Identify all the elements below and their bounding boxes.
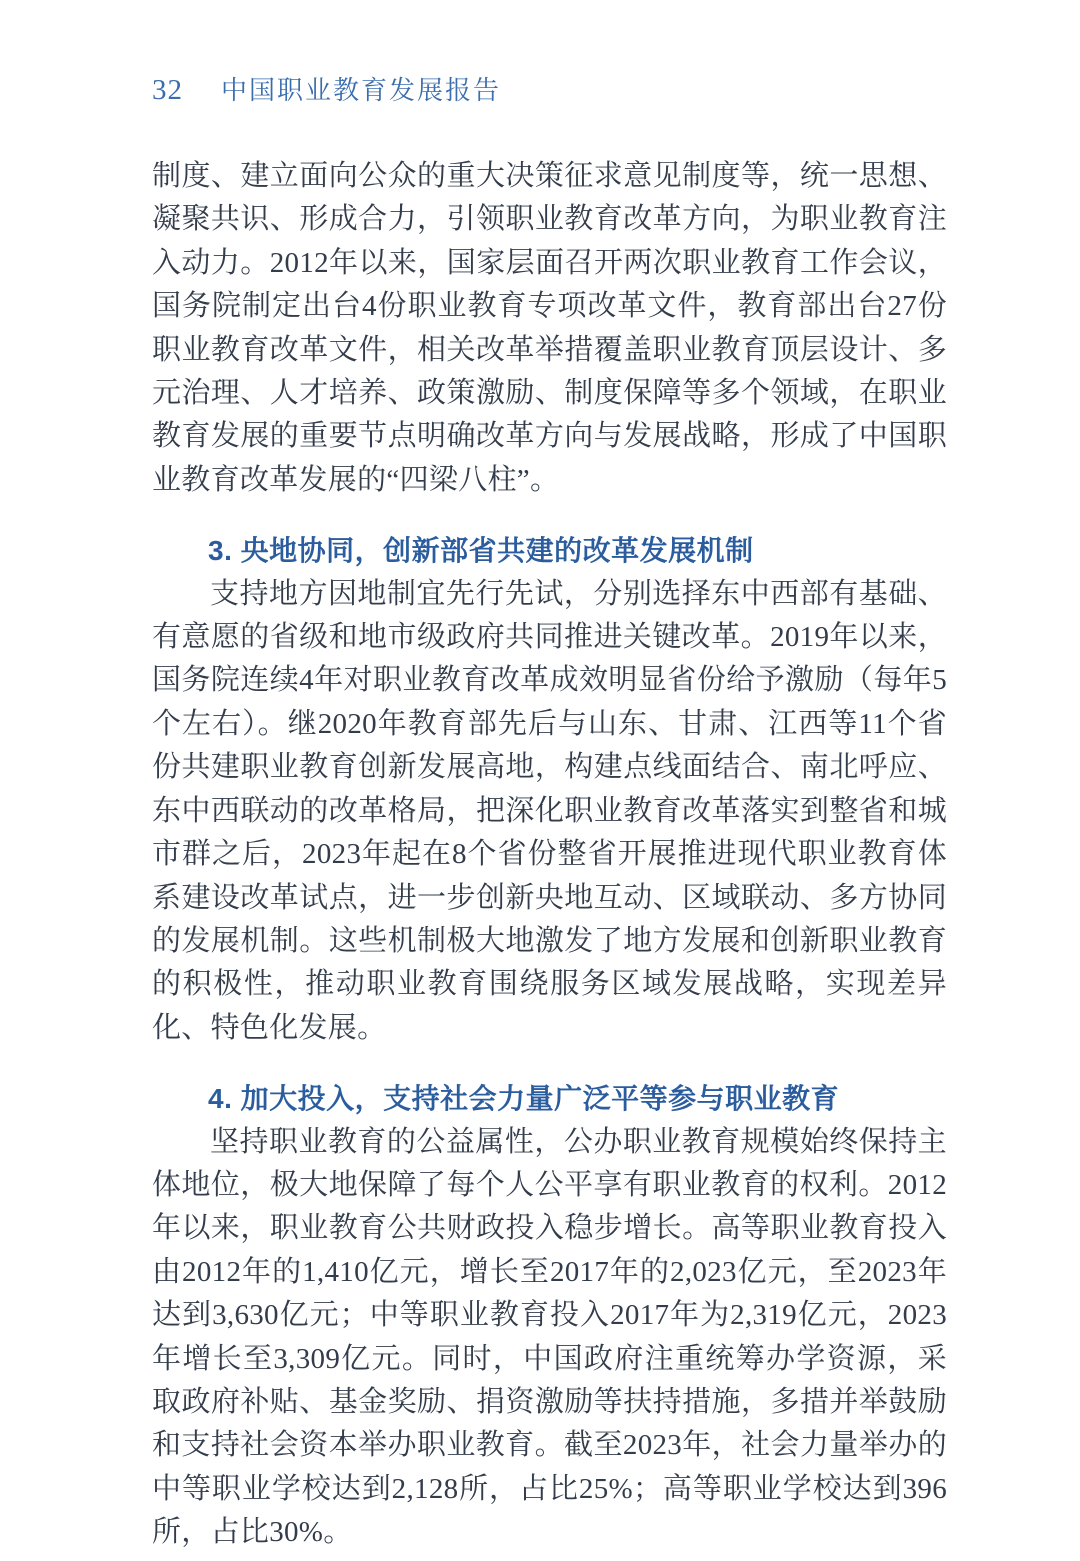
document-page: 32 中国职业教育发展报告 制度、建立面向公众的重大决策征求意见制度等，统一思想… <box>0 0 1080 1561</box>
page-number: 32 <box>152 74 183 107</box>
section-heading: 3. 央地协同，创新部省共建的改革发展机制 <box>152 529 947 572</box>
body-paragraph: 制度、建立面向公众的重大决策征求意见制度等，统一思想、凝聚共识、形成合力，引领职… <box>152 155 947 502</box>
document-body: 制度、建立面向公众的重大决策征求意见制度等，统一思想、凝聚共识、形成合力，引领职… <box>152 155 947 1555</box>
section-heading: 4. 加大投入，支持社会力量广泛平等参与职业教育 <box>152 1077 947 1120</box>
body-paragraph: 坚持职业教育的公益属性，公办职业教育规模始终保持主体地位，极大地保障了每个人公平… <box>152 1121 947 1555</box>
page-header-title: 中国职业教育发展报告 <box>221 70 501 107</box>
page-header: 32 中国职业教育发展报告 <box>152 70 945 107</box>
body-paragraph: 支持地方因地制宜先行先试，分别选择东中西部有基础、有意愿的省级和地市级政府共同推… <box>152 573 947 1050</box>
